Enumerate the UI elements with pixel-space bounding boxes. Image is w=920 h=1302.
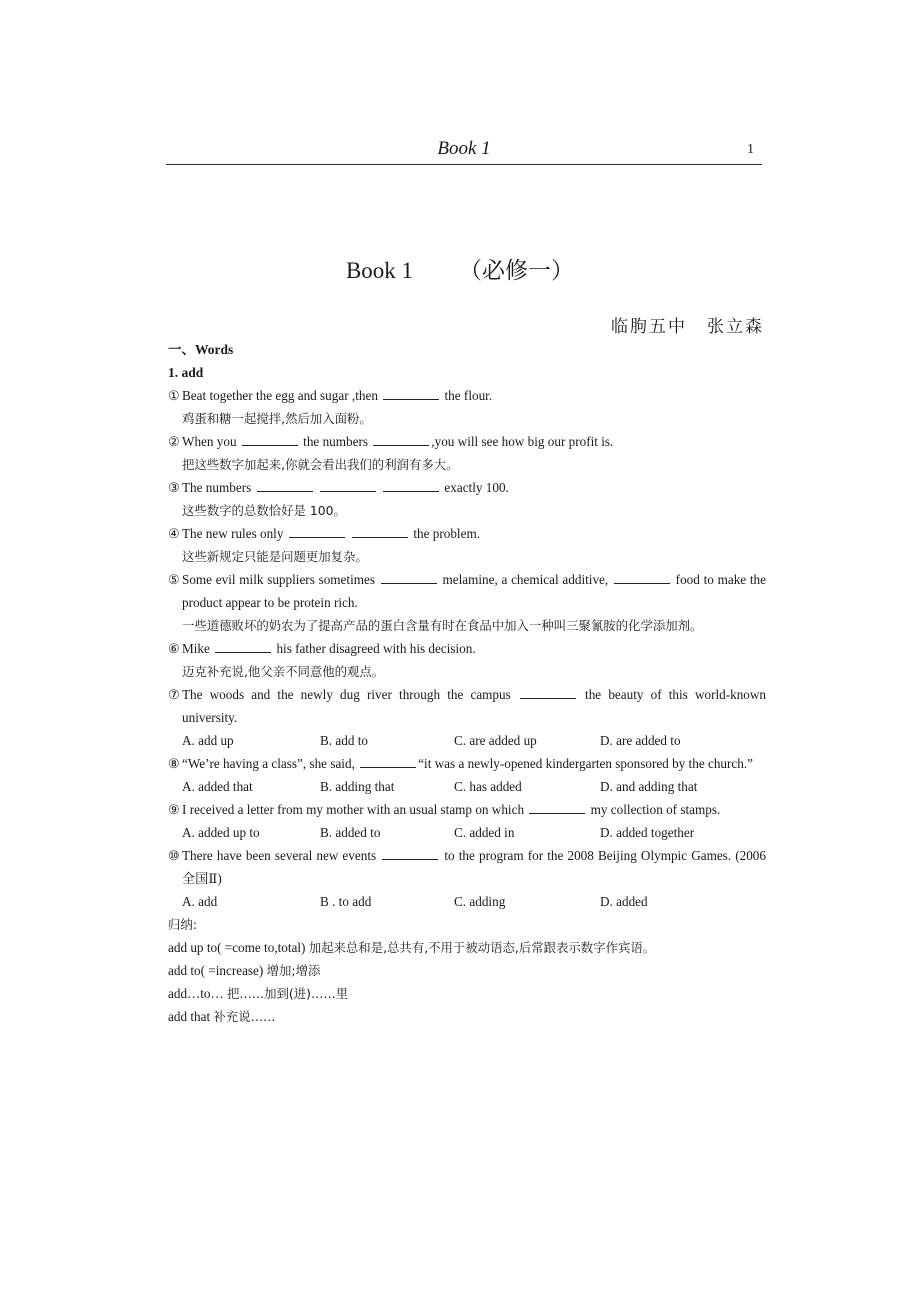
- exercise-item: ②When you the numbers ,you will see how …: [168, 430, 766, 476]
- answer-option: C. adding: [454, 890, 600, 913]
- author-name: 张立森: [707, 317, 764, 337]
- answer-blank: [352, 525, 408, 538]
- exercise-item: ③The numbers exactly 100.这些数字的总数恰好是 100。: [168, 476, 766, 522]
- answer-blank: [215, 640, 271, 653]
- translation: 迈克补充说,他父亲不同意他的观点。: [168, 660, 766, 683]
- page-number: 1: [747, 142, 754, 158]
- answer-blank: [360, 755, 416, 768]
- answer-option: D. are added to: [600, 729, 681, 752]
- summary-line: add to( =increase) 增加;增添: [168, 959, 766, 982]
- item-number: ⑧: [168, 752, 182, 775]
- summary-heading: 归纳:: [168, 913, 766, 936]
- answer-options: A. add upB. add toC. are added upD. are …: [168, 729, 766, 752]
- translation: 这些数字的总数恰好是 100。: [168, 499, 766, 522]
- item-number: ②: [168, 430, 182, 453]
- item-number: ⑨: [168, 798, 182, 821]
- item-number: ⑦: [168, 683, 182, 706]
- exercise-item: ④The new rules only the problem.这些新规定只能是…: [168, 522, 766, 568]
- answer-option: A. add up: [182, 729, 320, 752]
- answer-blank: [614, 571, 670, 584]
- exercise-item: ⑦The woods and the newly dug river throu…: [168, 683, 766, 752]
- translation: 这些新规定只能是问题更加复杂。: [168, 545, 766, 568]
- exercise-sentence: ①Beat together the egg and sugar ,then t…: [168, 384, 766, 407]
- translation: 鸡蛋和糖一起搅拌,然后加入面粉。: [168, 407, 766, 430]
- exercise-sentence: ②When you the numbers ,you will see how …: [168, 430, 766, 453]
- exercise-item: ⑧“We’re having a class”, she said, “it w…: [168, 752, 766, 798]
- answer-options: A. addB . to addC. addingD. added: [168, 890, 766, 913]
- exercise-item: ①Beat together the egg and sugar ,then t…: [168, 384, 766, 430]
- answer-blank: [257, 479, 313, 492]
- document-page: Book 1 1 Book 1（必修一） 临朐五中张立森 一、Words 1. …: [0, 0, 920, 1302]
- answer-option: B. adding that: [320, 775, 454, 798]
- author-line: 临朐五中张立森: [611, 312, 764, 337]
- exercise-list: ①Beat together the egg and sugar ,then t…: [168, 384, 766, 913]
- item-number: ③: [168, 476, 182, 499]
- exercise-item: ⑨I received a letter from my mother with…: [168, 798, 766, 844]
- exercise-item: ⑩There have been several new events to t…: [168, 844, 766, 913]
- summary-line: add…to… 把……加到(进)……里: [168, 982, 766, 1005]
- exercise-item: ⑥Mike his father disagreed with his deci…: [168, 637, 766, 683]
- title-en: Book 1: [346, 258, 413, 283]
- section-heading: 一、Words: [168, 338, 766, 361]
- answer-option: C. are added up: [454, 729, 600, 752]
- page-title: Book 1（必修一）: [0, 252, 920, 285]
- summary-list: add up to( =come to,total) 加起来总和是,总共有,不用…: [168, 936, 766, 1028]
- answer-option: A. added up to: [182, 821, 320, 844]
- answer-blank: [373, 433, 429, 446]
- running-header: Book 1 1: [166, 136, 762, 165]
- exercise-sentence: ⑥Mike his father disagreed with his deci…: [168, 637, 766, 660]
- summary-line: add up to( =come to,total) 加起来总和是,总共有,不用…: [168, 936, 766, 959]
- answer-options: A. added thatB. adding thatC. has addedD…: [168, 775, 766, 798]
- phrase: add…to…: [168, 986, 227, 1001]
- item-number: ⑥: [168, 637, 182, 660]
- answer-option: B. added to: [320, 821, 454, 844]
- answer-blank: [242, 433, 298, 446]
- phrase-meaning: 补充说……: [213, 1009, 275, 1024]
- answer-option: C. has added: [454, 775, 600, 798]
- answer-option: A. added that: [182, 775, 320, 798]
- phrase-meaning: 加起来总和是,总共有,不用于被动语态,后常跟表示数字作宾语。: [309, 940, 655, 955]
- answer-option: A. add: [182, 890, 320, 913]
- exercise-sentence: ⑧“We’re having a class”, she said, “it w…: [168, 752, 766, 775]
- answer-blank: [320, 479, 376, 492]
- exercise-sentence: ③The numbers exactly 100.: [168, 476, 766, 499]
- answer-option: D. added: [600, 890, 648, 913]
- running-title: Book 1: [166, 138, 762, 160]
- exercise-sentence: ⑤Some evil milk suppliers sometimes mela…: [168, 568, 766, 614]
- word-heading: 1. add: [168, 361, 766, 384]
- answer-blank: [382, 847, 438, 860]
- author-school: 临朐五中: [611, 317, 687, 337]
- answer-blank: [529, 801, 585, 814]
- phrase-meaning: 把……加到(进)……里: [227, 986, 348, 1001]
- answer-option: D. added together: [600, 821, 694, 844]
- translation: 一些道德败坏的奶农为了提高产品的蛋白含量有时在食品中加入一种叫三聚氰胺的化学添加…: [168, 614, 766, 637]
- answer-option: D. and adding that: [600, 775, 697, 798]
- exercise-sentence: ⑨I received a letter from my mother with…: [168, 798, 766, 821]
- content: 一、Words 1. add ①Beat together the egg an…: [168, 338, 766, 1028]
- exercise-sentence: ⑩There have been several new events to t…: [168, 844, 766, 890]
- exercise-item: ⑤Some evil milk suppliers sometimes mela…: [168, 568, 766, 637]
- phrase: add up to( =come to,total): [168, 940, 309, 955]
- phrase: add to( =increase): [168, 963, 267, 978]
- exercise-sentence: ⑦The woods and the newly dug river throu…: [168, 683, 766, 729]
- answer-option: B. add to: [320, 729, 454, 752]
- phrase: add that: [168, 1009, 213, 1024]
- title-cn: （必修一）: [459, 258, 574, 283]
- item-number: ⑩: [168, 844, 182, 867]
- exercise-sentence: ④The new rules only the problem.: [168, 522, 766, 545]
- item-number: ①: [168, 384, 182, 407]
- translation: 把这些数字加起来,你就会看出我们的利润有多大。: [168, 453, 766, 476]
- answer-blank: [383, 387, 439, 400]
- answer-blank: [520, 686, 576, 699]
- summary-line: add that 补充说……: [168, 1005, 766, 1028]
- answer-option: C. added in: [454, 821, 600, 844]
- answer-options: A. added up toB. added toC. added inD. a…: [168, 821, 766, 844]
- answer-blank: [383, 479, 439, 492]
- item-number: ④: [168, 522, 182, 545]
- answer-blank: [289, 525, 345, 538]
- item-number: ⑤: [168, 568, 182, 591]
- phrase-meaning: 增加;增添: [267, 963, 321, 978]
- answer-blank: [381, 571, 437, 584]
- answer-option: B . to add: [320, 890, 454, 913]
